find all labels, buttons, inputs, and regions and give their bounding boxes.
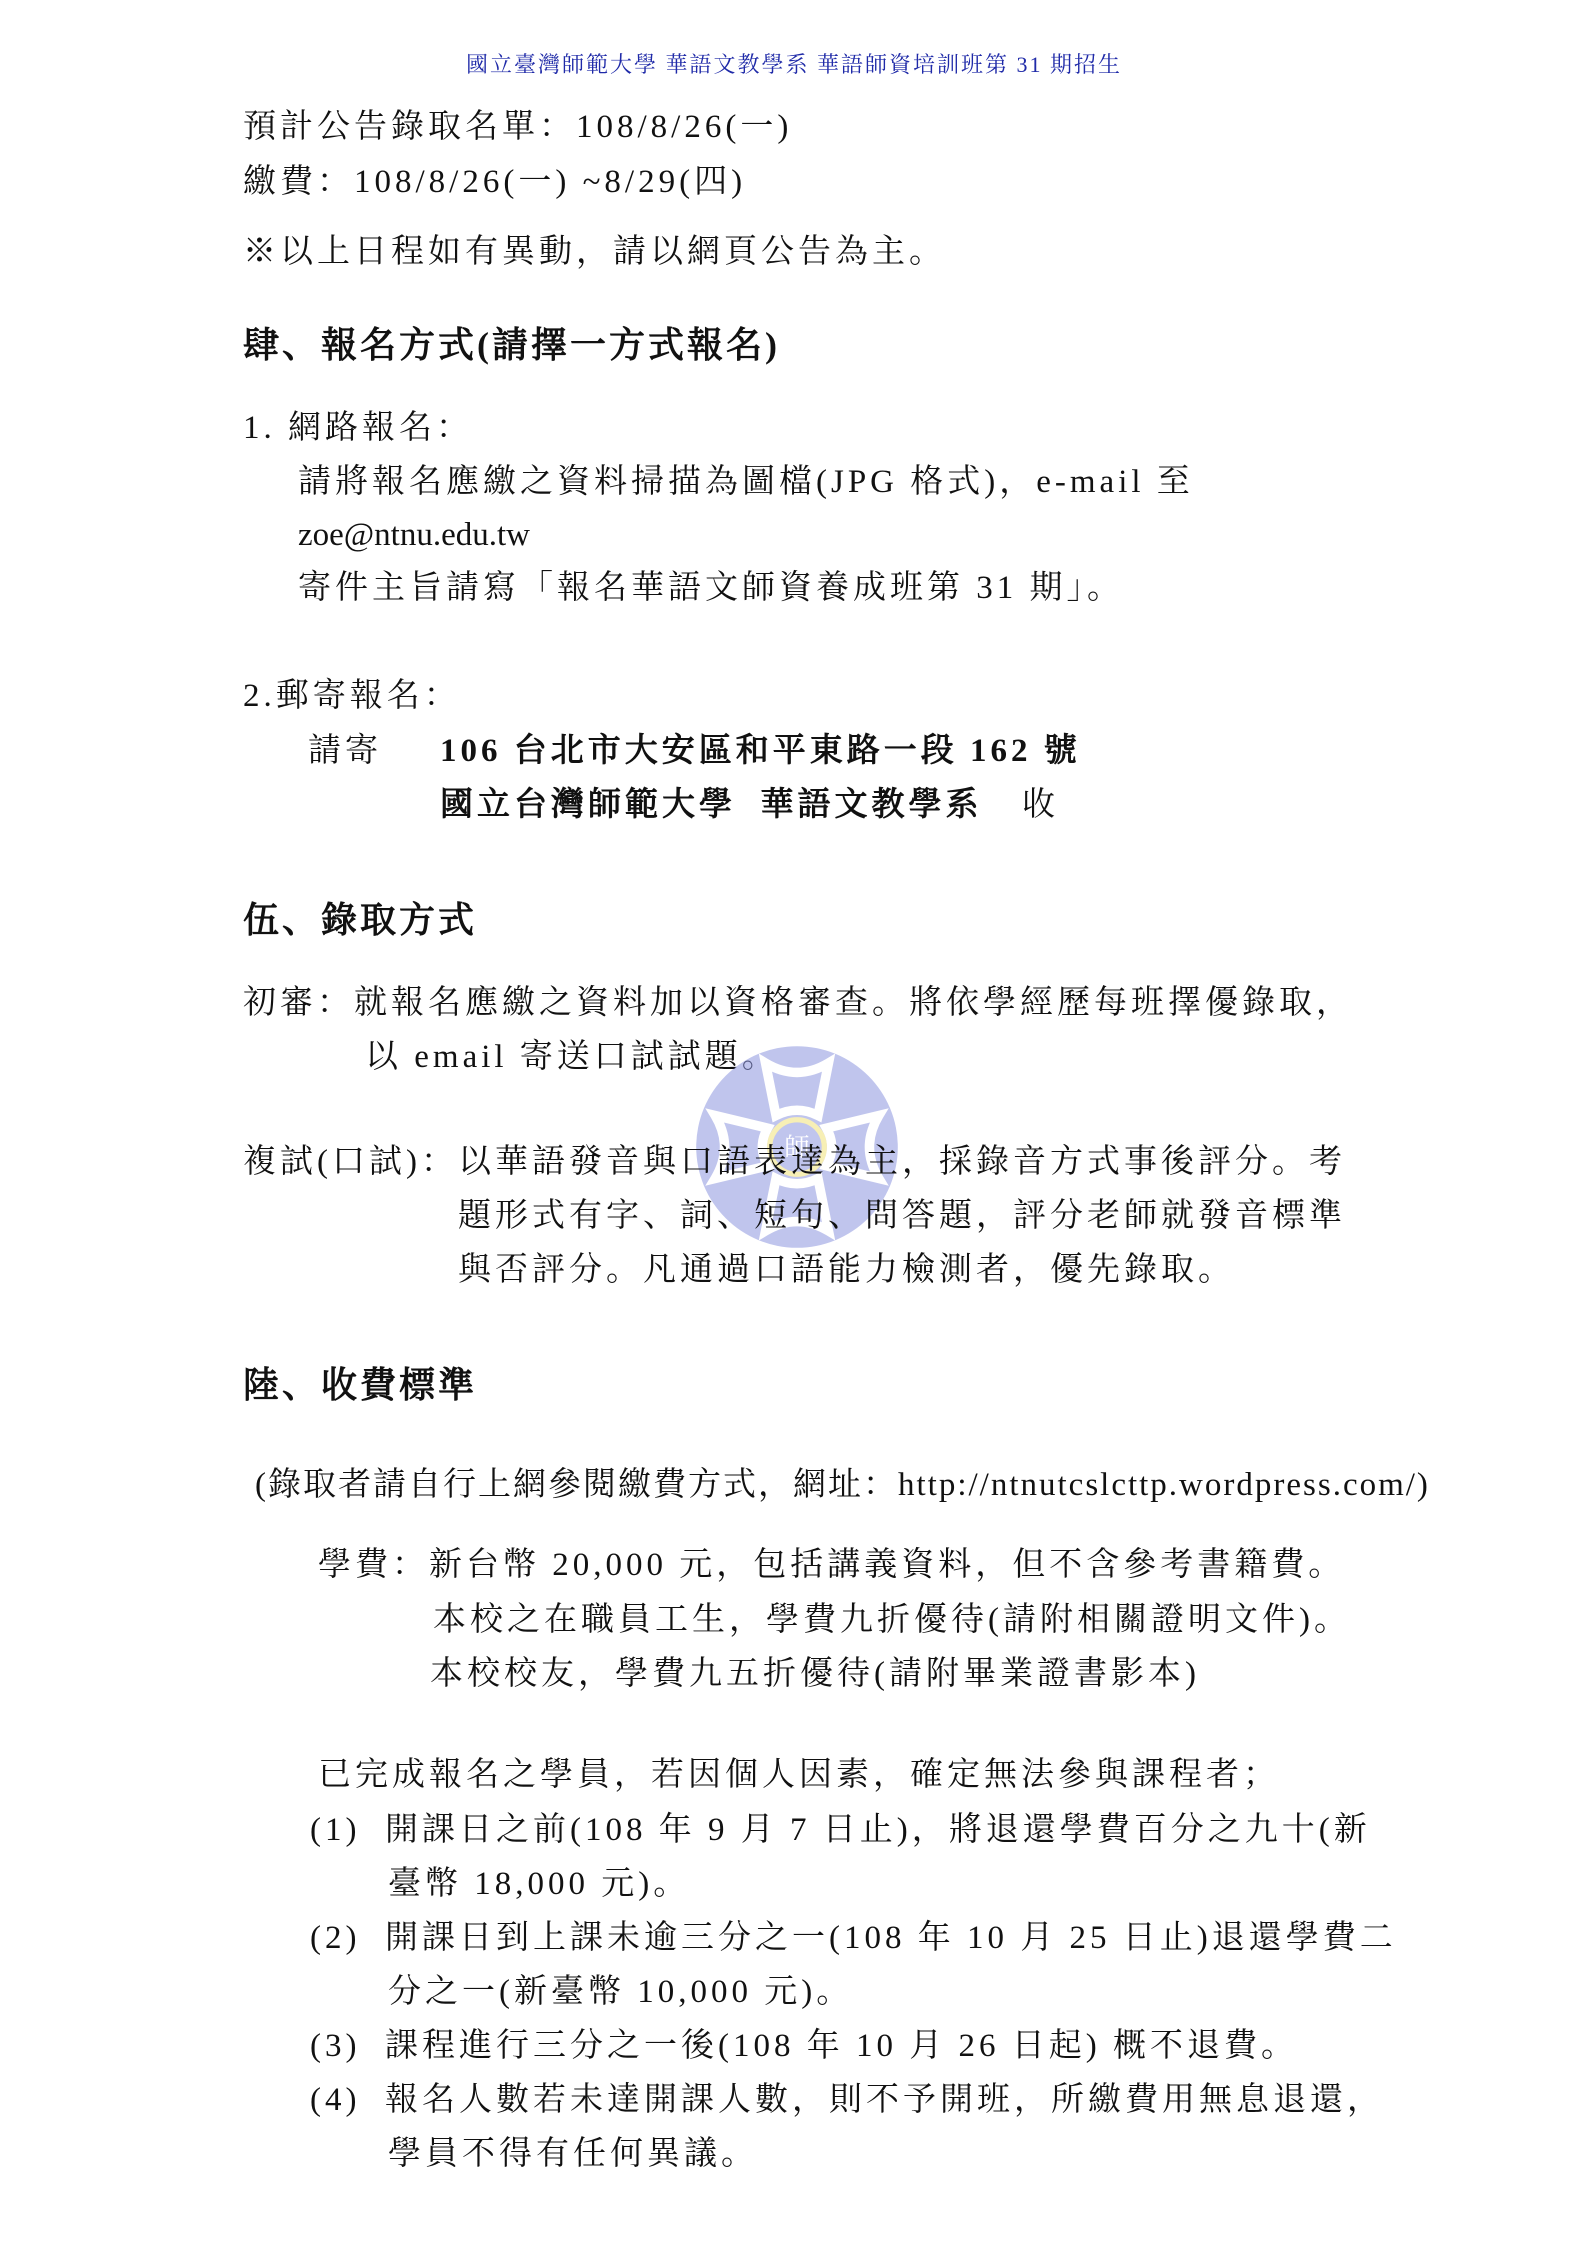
section4-heading: 肆、報名方式(請擇一方式報名): [243, 325, 780, 365]
schedule-note: ※以上日程如有異動，請以網頁公告為主。: [243, 232, 946, 272]
second-review-text-cont1: 題形式有字、詞、短句、問答題，評分老師就發音標準: [458, 1196, 1346, 1236]
second-review-text: 複試(口試)：以華語發音與口語表達為主，採錄音方式事後評分。考: [243, 1142, 1346, 1182]
mail-receive-label: 收: [1022, 785, 1059, 825]
mail-recipient: 國立台灣師範大學 華語文教學系: [440, 785, 983, 825]
refund-item-2-cont: 分之一(新臺幣 10,000 元)。: [388, 1972, 853, 2012]
online-signup-instructions: 請將報名應繳之資料掃描為圖檔(JPG 格式)，e-mail 至: [298, 462, 1194, 502]
online-signup-label: 1. 網路報名：: [243, 408, 473, 448]
refund-intro: 已完成報名之學員，若因個人因素，確定無法參與課程者；: [318, 1755, 1280, 1795]
refund-item-4: (4) 報名人數若未達開課人數，則不予開班，所繳費用無息退還，: [310, 2080, 1384, 2120]
section6-heading: 陸、收費標準: [243, 1365, 477, 1405]
refund-item-1-cont: 臺幣 18,000 元)。: [388, 1864, 690, 1904]
refund-item-1: (1) 開課日之前(108 年 9 月 7 日止)，將退還學費百分之九十(新: [310, 1810, 1371, 1850]
first-review-text: 初審：就報名應繳之資料加以資格審查。將依學經歷每班擇優錄取，: [243, 983, 1353, 1023]
section5-heading: 伍、錄取方式: [243, 900, 477, 940]
refund-item-2: (2) 開課日到上課未逾三分之一(108 年 10 月 25 日止)退還學費二: [310, 1918, 1397, 1958]
refund-item-3: (3) 課程進行三分之一後(108 年 10 月 26 日起) 概不退費。: [310, 2026, 1298, 2066]
announce-date: 預計公告錄取名單：108/8/26(一): [243, 107, 792, 147]
payment-url-note[interactable]: (錄取者請自行上網參閱繳費方式，網址：http://ntnutcslcttp.w…: [255, 1465, 1430, 1505]
second-review-text-cont2: 與否評分。凡通過口語能力檢測者，優先錄取。: [458, 1250, 1235, 1290]
tuition-text: 學費：新台幣 20,000 元，包括講義資料，但不含參考書籍費。: [318, 1545, 1345, 1585]
refund-item-4-cont: 學員不得有任何異議。: [388, 2134, 758, 2174]
signup-email-link[interactable]: zoe@ntnu.edu.tw: [298, 515, 530, 555]
mail-signup-label: 2.郵寄報名：: [243, 676, 461, 716]
mailing-address: 106 台北市大安區和平東路一段 162 號: [440, 731, 1081, 771]
mail-send-label: 請寄: [308, 731, 382, 771]
page-header: 國立臺灣師範大學 華語文教學系 華語師資培訓班第 31 期招生: [0, 48, 1588, 79]
payment-date: 繳費：108/8/26(一) ~8/29(四): [243, 162, 746, 202]
email-subject-instruction: 寄件主旨請寫「報名華語文師資養成班第 31 期」。: [298, 568, 1124, 608]
staff-discount-text: 本校之在職員工生，學費九折優待(請附相關證明文件)。: [433, 1600, 1351, 1640]
alumni-discount-text: 本校校友，學費九五折優待(請附畢業證書影本): [430, 1654, 1200, 1694]
